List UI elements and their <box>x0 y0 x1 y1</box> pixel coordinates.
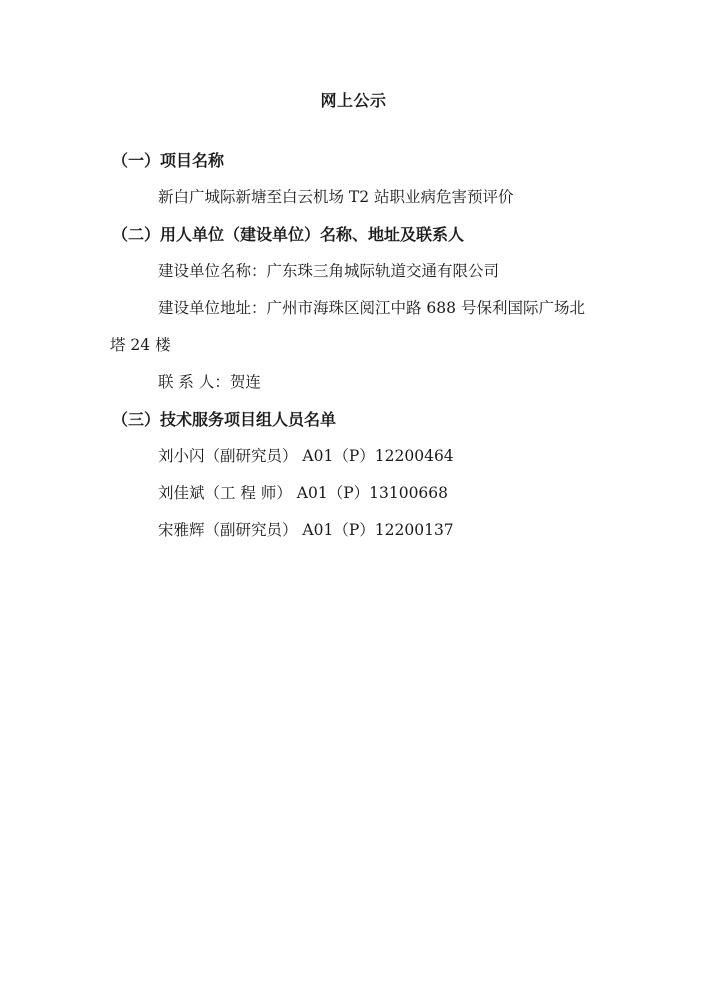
team-member-2: 刘佳斌（工 程 师） A01（P）13100668 <box>158 481 448 503</box>
section-3-heading: （三）技术服务项目组人员名单 <box>112 407 336 430</box>
company-name: 建设单位名称：广东珠三角城际轨道交通有限公司 <box>158 259 499 281</box>
project-name: 新白广城际新塘至白云机场 T2 站职业病危害预评价 <box>158 185 514 207</box>
company-address-continued: 塔 24 楼 <box>110 333 171 355</box>
section-2-heading: （二）用人单位（建设单位）名称、地址及联系人 <box>112 222 464 245</box>
team-member-3: 宋雅辉（副研究员） A01（P）12200137 <box>158 518 454 540</box>
section-1-heading: （一）项目名称 <box>112 148 224 171</box>
document-page: 网上公示 （一）项目名称 新白广城际新塘至白云机场 T2 站职业病危害预评价 （… <box>0 0 707 1000</box>
contact-person: 联 系 人：贺连 <box>158 370 261 392</box>
team-member-1: 刘小闪（副研究员） A01（P）12200464 <box>158 444 454 466</box>
company-address: 建设单位地址：广州市海珠区阅江中路 688 号保利国际广场北 <box>158 296 585 318</box>
page-title: 网上公示 <box>0 88 707 111</box>
